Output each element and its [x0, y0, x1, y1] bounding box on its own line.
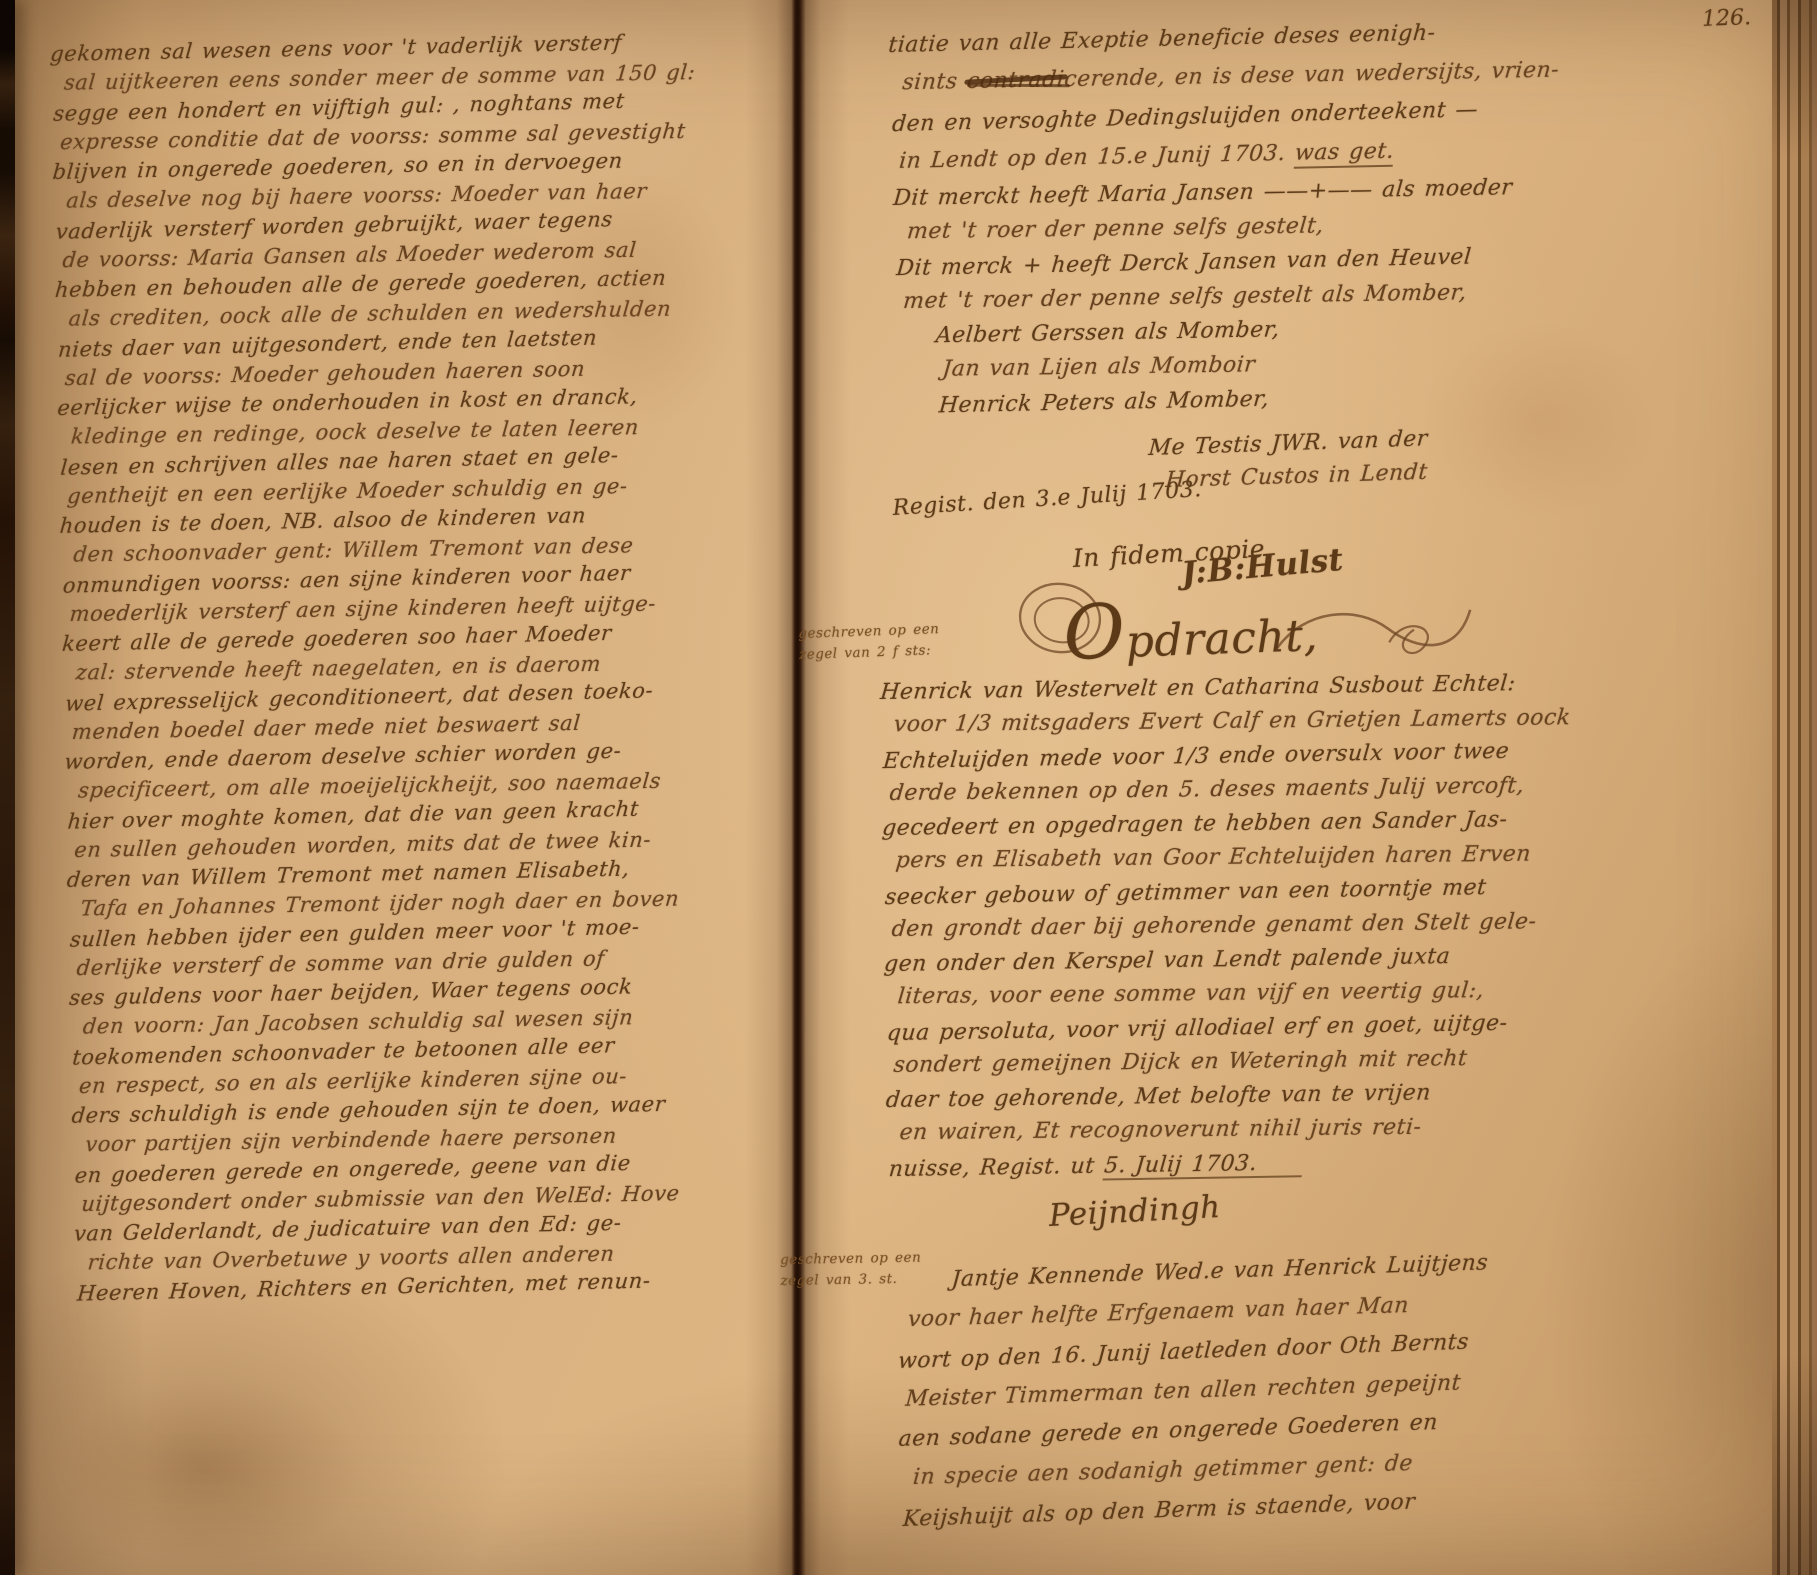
section-heading-peijndingh: Peijndingh — [1048, 1189, 1221, 1234]
heading-text: Opdracht, — [1062, 581, 1319, 677]
line-pre: nuisse, Regist. ut — [888, 1154, 1106, 1183]
section-heading-opdracht: Opdracht, — [1062, 581, 1319, 677]
manuscript-line: Regist. den 3.e Julij 1703. — [892, 477, 1202, 521]
underlined-text: 5. Julij 1703. — [1103, 1150, 1304, 1180]
peijndingh-paragraph: Jantje Kennende Wed.e van Henrick Luijtj… — [893, 1234, 1781, 1538]
margin-note-seal-1: geschreven op een zegel van 2 f sts: — [798, 618, 979, 666]
manuscript-line: Horst Custos in Lendt — [1165, 456, 1431, 497]
attestation-block: tiatie van alle Exeptie beneficie deses … — [888, 6, 1771, 182]
book-fore-edge-pages — [1772, 0, 1817, 1575]
witness-marks-block: Dit merckt heeft Maria Jansen ——+—— als … — [893, 167, 1767, 424]
struck-word: contradi — [965, 60, 1066, 101]
book-gutter — [745, 0, 850, 1575]
heading-text: Peijndingh — [1048, 1189, 1221, 1234]
opdracht-lines-list: Henrick van Westervelt en Catharina Susb… — [880, 664, 1782, 1152]
registration-line: Regist. den 3.e Julij 1703. — [892, 477, 1202, 521]
photo-left-edge — [0, 0, 15, 1575]
opdracht-paragraph: Henrick van Westervelt en Catharina Susb… — [880, 664, 1782, 1186]
line-pre: in Lendt op den 15.e Junij 1703. — [898, 141, 1296, 174]
manuscript-book-spread: gekomen sal wesen eens voor 't vaderlijk… — [0, 0, 1817, 1575]
line-pre: sints — [901, 69, 968, 95]
underlined-text: was get. — [1294, 139, 1395, 169]
left-page-text: gekomen sal wesen eens voor 't vaderlijk… — [50, 27, 725, 1308]
line-post: cerende, en is dese van wedersijts, vrie… — [1063, 58, 1560, 93]
